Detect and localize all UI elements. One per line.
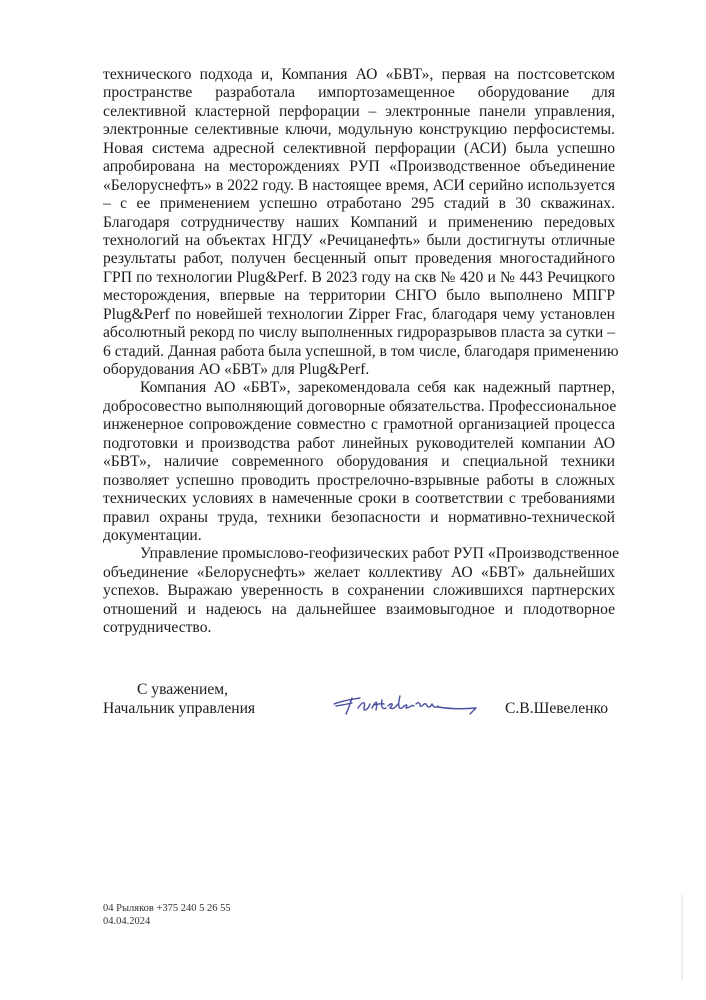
text-line: объединение «Белоруснефть» желает коллек… xyxy=(103,564,615,582)
text-line: селективной кластерной перфорации – элек… xyxy=(103,103,615,121)
text-line: технических условиях в намеченные сроки … xyxy=(103,490,615,508)
scan-artifact xyxy=(681,895,683,980)
text-line: успехов. Выражаю уверенность в сохранени… xyxy=(103,582,615,600)
text-line: – с ее применением успешно отработано 29… xyxy=(103,195,615,213)
text-line: подготовки и производства работ линейных… xyxy=(103,435,615,453)
text-line: позволяет успешно проводить прострелочно… xyxy=(103,472,615,490)
text-line: электронные селективные ключи, модульную… xyxy=(103,121,615,139)
text-line: ГРП по технологии Plug&Perf. В 2023 году… xyxy=(103,269,615,287)
text-line: пространстве разработала импортозамещенн… xyxy=(103,84,615,102)
text-line: 6 стадий. Данная работа была успешной, в… xyxy=(103,343,615,361)
text-line: технического подхода и, Компания АО «БВТ… xyxy=(103,66,615,84)
text-line: апробирована на месторождениях РУП «Прои… xyxy=(103,158,615,176)
signer-name: С.В.Шевеленко xyxy=(505,699,608,718)
text-line: абсолютный рекорд по числу выполненных г… xyxy=(103,324,615,342)
text-line: результаты работ, получен бесценный опыт… xyxy=(103,250,615,268)
executor-contact: 04 Рыляков +375 240 5 26 55 xyxy=(103,902,231,915)
text-line: инженерное сопровождение совместно с гра… xyxy=(103,416,615,434)
handwritten-signature-icon xyxy=(330,690,480,724)
text-line: оборудования АО «БВТ» для Plug&Perf. xyxy=(103,361,615,379)
text-line: технологий на объектах НГДУ «Речицанефть… xyxy=(103,232,615,250)
text-line: Новая система адресной селективной перфо… xyxy=(103,140,615,158)
document-date: 04.04.2024 xyxy=(103,915,231,928)
text-line: месторождения, впервые на территории СНГ… xyxy=(103,287,615,305)
text-line: Управление промыслово-геофизических рабо… xyxy=(103,545,615,563)
text-line: документации. xyxy=(103,527,615,545)
text-line: сотрудничество. xyxy=(103,619,615,637)
text-line: отношений и надеюсь на дальнейшее взаимо… xyxy=(103,601,615,619)
footer-note: 04 Рыляков +375 240 5 26 55 04.04.2024 xyxy=(103,902,231,928)
signer-role: Начальник управления xyxy=(103,700,255,717)
text-line: правил охраны труда, техники безопасност… xyxy=(103,509,615,527)
text-line: «БВТ», наличие современного оборудования… xyxy=(103,453,615,471)
text-line: «Белоруснефть» в 2022 году. В настоящее … xyxy=(103,177,615,195)
letter-body: технического подхода и, Компания АО «БВТ… xyxy=(103,66,615,638)
letter-page: технического подхода и, Компания АО «БВТ… xyxy=(0,0,706,1000)
text-line: Благодаря сотрудничеству наших Компаний … xyxy=(103,214,615,232)
text-line: Компания АО «БВТ», зарекомендовала себя … xyxy=(103,379,615,397)
text-line: добросовестно выполняющий договорные обя… xyxy=(103,398,615,416)
text-line: Plug&Perf по новейшей технологии Zipper … xyxy=(103,306,615,324)
